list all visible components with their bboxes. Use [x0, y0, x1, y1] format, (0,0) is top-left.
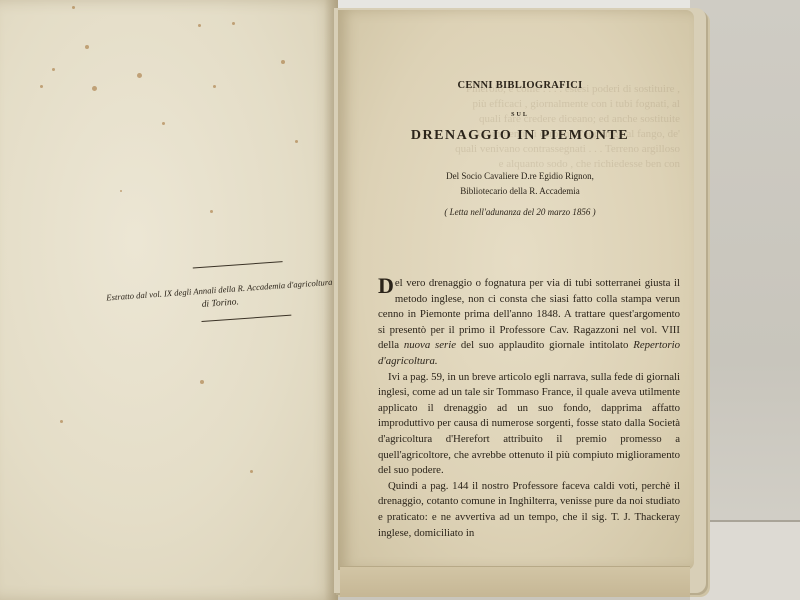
- italic-nuova-serie: nuova serie: [404, 339, 456, 351]
- foxing-spot: [213, 85, 216, 88]
- paragraph-2: Ivi a pag. 59, in un breve articolo egli…: [378, 370, 680, 479]
- foxing-spot: [85, 45, 89, 49]
- divider-rule-top: [193, 261, 283, 268]
- foxing-spot: [162, 122, 165, 125]
- drop-cap: D: [378, 277, 394, 295]
- foxing-spot: [210, 210, 213, 213]
- foxing-spot: [92, 86, 97, 91]
- wrapper-flap: [340, 566, 690, 597]
- table-edge: [690, 520, 800, 600]
- foxing-spot: [281, 60, 285, 64]
- foxing-spot: [200, 380, 204, 384]
- page-title: DRENAGGIO IN PIEMONTE: [380, 128, 660, 144]
- paragraph-1-mid: del suo applaudito giornale intitolato: [456, 339, 633, 351]
- paragraph-3: Quindi a pag. 144 il nostro Professore f…: [378, 479, 680, 541]
- author-role: Bibliotecario della R. Accademia: [380, 186, 660, 196]
- foxing-spot: [52, 68, 55, 71]
- foxing-spot: [250, 470, 253, 473]
- read-date: ( Letta nell'adunanza del 20 marzo 1856 …: [380, 207, 660, 217]
- background-surface: [690, 0, 800, 600]
- divider-rule-bottom: [202, 315, 292, 322]
- foxing-spot: [198, 24, 201, 27]
- foxing-spot: [295, 140, 298, 143]
- left-page: Estratto dal vol. IX degli Annali della …: [0, 0, 338, 600]
- body-text: Del vero drenaggio o fognatura per via d…: [378, 276, 680, 541]
- foxing-spot: [40, 85, 43, 88]
- heading-cenni-bibliografici: CENNI BIBLIOGRAFICI: [380, 80, 660, 91]
- foxing-spot: [232, 22, 235, 25]
- foxing-spot: [60, 420, 63, 423]
- heading-connector: SUL: [380, 112, 660, 118]
- foxing-spot: [137, 73, 142, 78]
- imprint-note: Estratto dal vol. IX degli Annali della …: [98, 255, 342, 334]
- foxing-spot: [120, 190, 122, 192]
- foxing-spot: [72, 6, 75, 9]
- author-line: Del Socio Cavaliere D.re Egidio Rignon,: [380, 171, 660, 181]
- paragraph-1: Del vero drenaggio o fognatura per via d…: [378, 276, 680, 370]
